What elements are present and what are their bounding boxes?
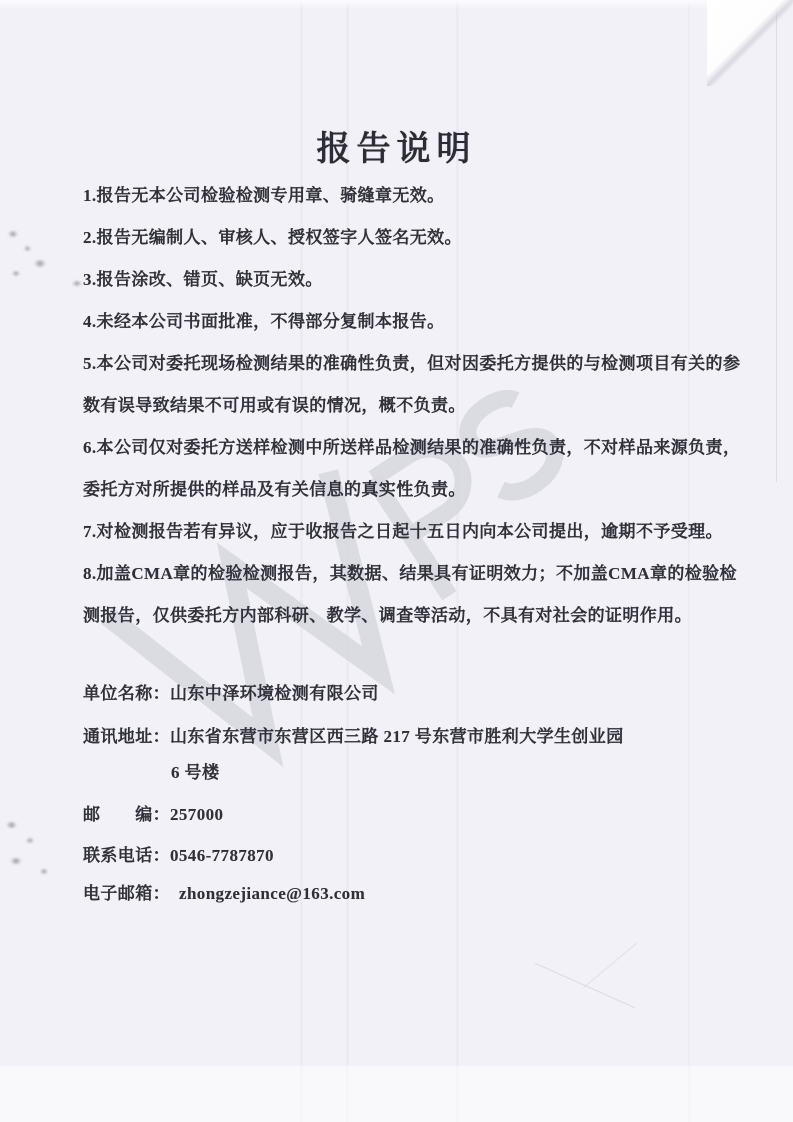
note-line-5b: 数有误导致结果不可用或有误的情况，概不负责。	[83, 385, 723, 427]
zip-row: 邮 编：257000	[83, 797, 733, 833]
scan-smudge	[40, 869, 48, 874]
note-line-6b: 委托方对所提供的样品及有关信息的真实性负责。	[83, 469, 723, 511]
company-name-label: 单位名称：	[83, 684, 170, 703]
email-row: 电子邮箱：zhongzejiance@163.com	[83, 876, 733, 912]
paper-crease	[583, 943, 637, 989]
note-line-1: 1.报告无本公司检验检测专用章、骑缝章无效。	[83, 175, 723, 217]
paper-bottom-edge	[0, 1066, 793, 1122]
report-notes: 1.报告无本公司检验检测专用章、骑缝章无效。 2.报告无编制人、审核人、授权签字…	[83, 175, 723, 637]
scan-smudge	[10, 858, 22, 864]
contact-block: 单位名称：山东中泽环境检测有限公司 通讯地址：山东省东营市东营区西三路 217 …	[83, 676, 733, 912]
scan-smudge	[26, 838, 34, 843]
scan-smudge	[24, 246, 31, 251]
email-label: 电子邮箱：	[83, 884, 170, 903]
note-line-3: 3.报告涂改、错页、缺页无效。	[83, 259, 723, 301]
scan-smudge	[34, 260, 46, 267]
note-line-7: 7.对检测报告若有异议，应于收报告之日起十五日内向本公司提出，逾期不予受理。	[83, 511, 723, 553]
zip-value: 257000	[170, 805, 223, 824]
email-value: zhongzejiance@163.com	[179, 884, 365, 903]
scan-smudge	[72, 281, 82, 286]
phone-label: 联系电话：	[83, 846, 170, 865]
note-line-6: 6.本公司仅对委托方送样检测中所送样品检测结果的准确性负责，不对样品来源负责，	[83, 427, 723, 469]
company-name-value: 山东中泽环境检测有限公司	[170, 684, 379, 703]
scan-smudge	[6, 822, 17, 828]
zip-label: 邮 编：	[83, 805, 170, 824]
phone-value: 0546-7787870	[170, 846, 274, 865]
note-line-4: 4.未经本公司书面批准，不得部分复制本报告。	[83, 301, 723, 343]
scan-smudge	[12, 271, 20, 276]
address-label: 通讯地址：	[83, 727, 170, 746]
scan-smudge	[8, 231, 18, 237]
note-line-8b: 测报告，仅供委托方内部科研、教学、调查等活动，不具有对社会的证明作用。	[83, 595, 723, 637]
address-row-line2: 6 号楼	[83, 755, 733, 791]
note-line-5: 5.本公司对委托现场检测结果的准确性负责，但对因委托方提供的与检测项目有关的参	[83, 343, 723, 385]
folded-corner	[707, 0, 793, 86]
note-line-8: 8.加盖CMA章的检验检测报告，其数据、结果具有证明效力；不加盖CMA章的检验检	[83, 553, 723, 595]
scanned-report-page: 报告说明 1.报告无本公司检验检测专用章、骑缝章无效。 2.报告无编制人、审核人…	[0, 0, 793, 1122]
page-title: 报告说明	[0, 121, 793, 170]
address-value-line2: 6 号楼	[171, 763, 219, 782]
company-name-row: 单位名称：山东中泽环境检测有限公司	[83, 676, 733, 712]
phone-row: 联系电话：0546-7787870	[83, 838, 733, 874]
paper-top-edge	[0, 0, 793, 9]
note-line-2: 2.报告无编制人、审核人、授权签字人签名无效。	[83, 217, 723, 259]
address-value: 山东省东营市东营区西三路 217 号东营市胜利大学生创业园	[170, 727, 624, 746]
address-row: 通讯地址：山东省东营市东营区西三路 217 号东营市胜利大学生创业园	[83, 719, 733, 755]
